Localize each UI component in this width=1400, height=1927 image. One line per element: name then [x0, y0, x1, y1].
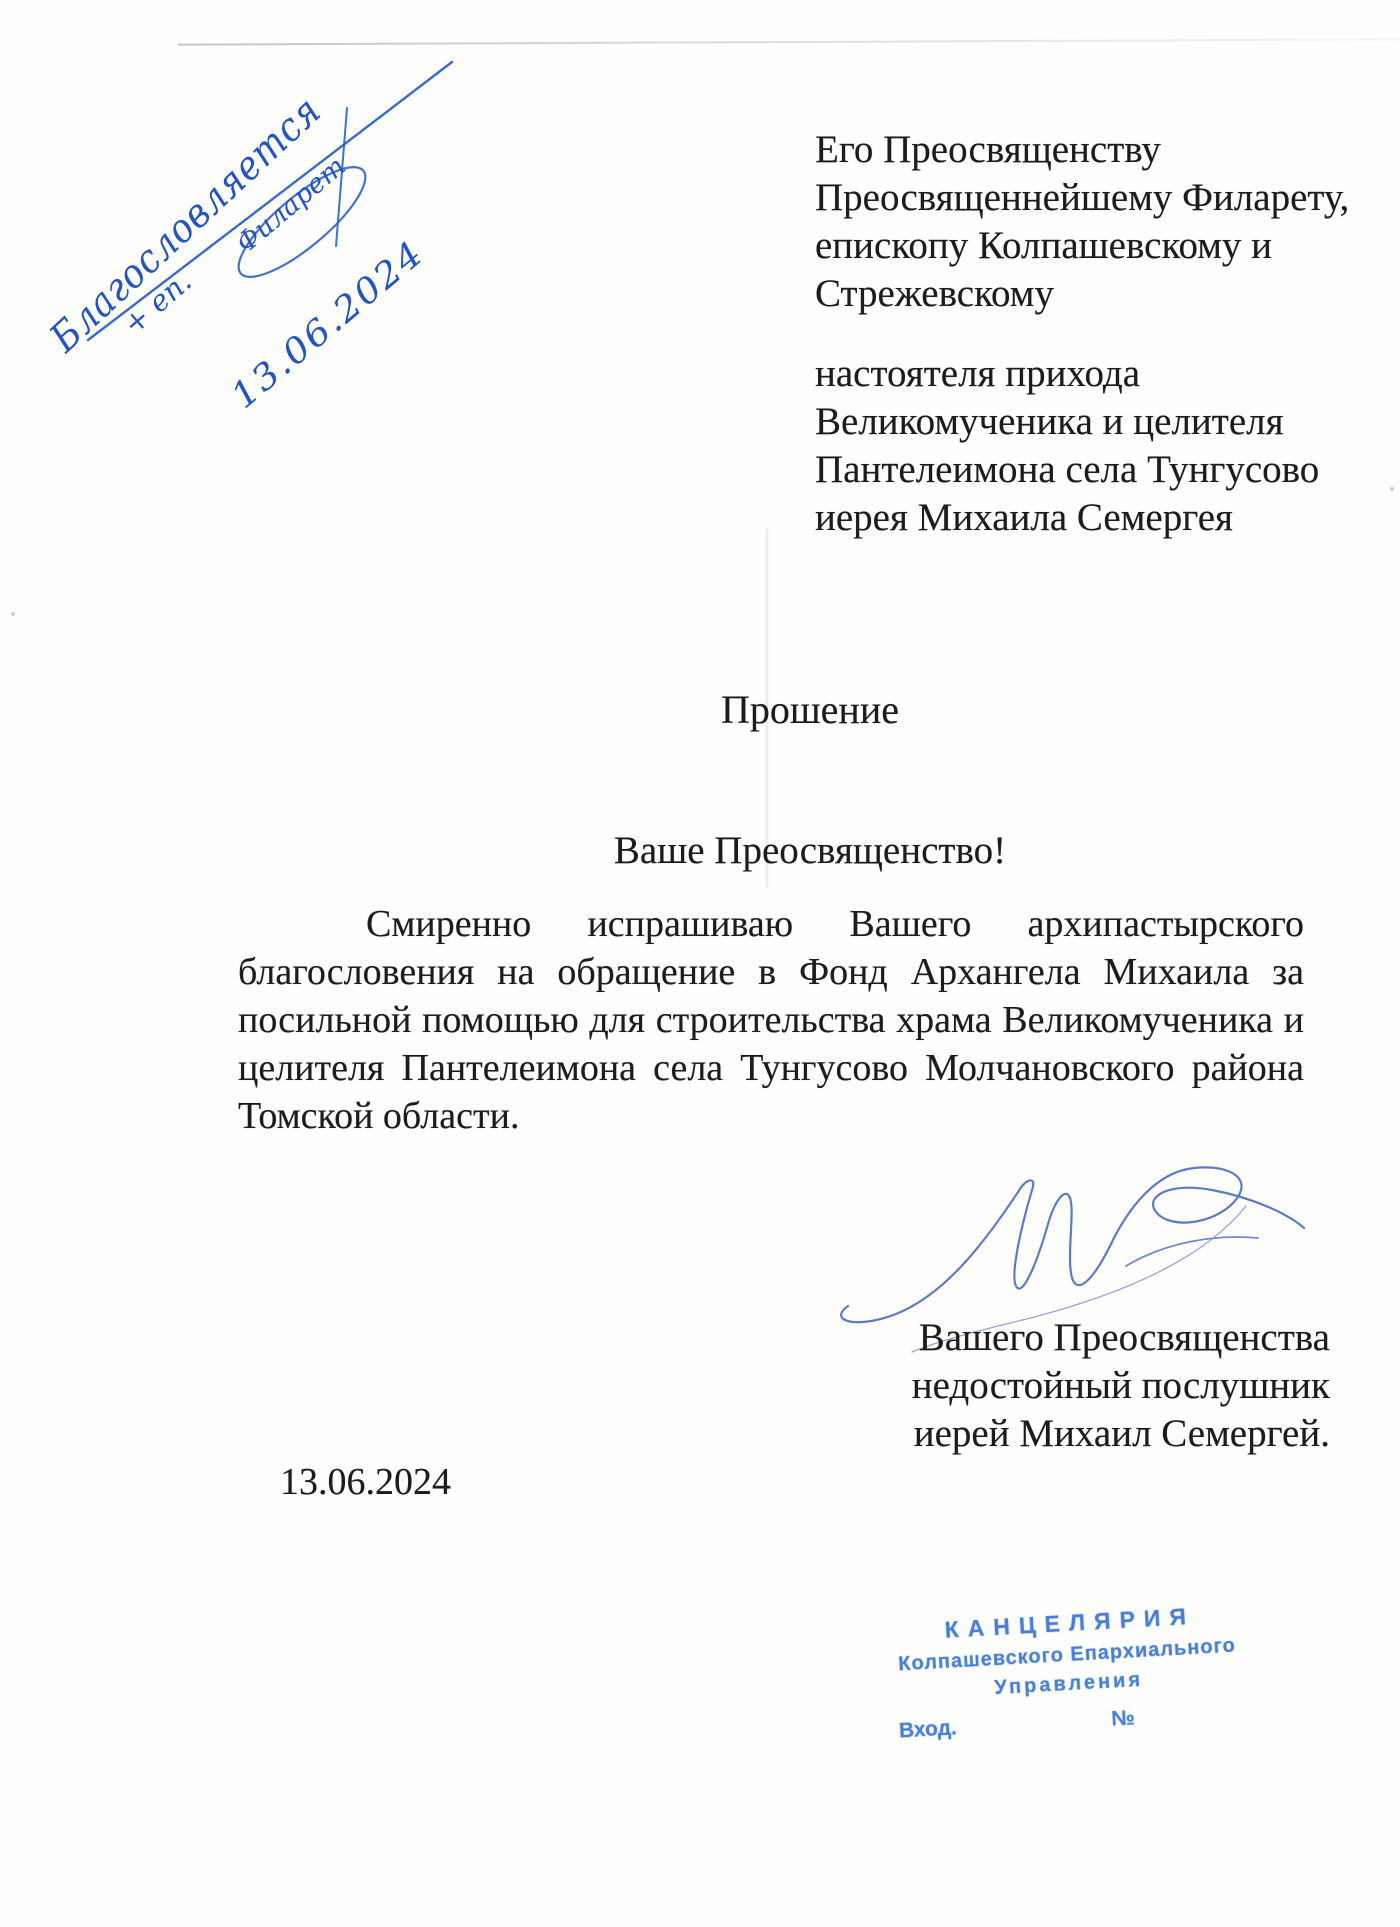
- body-line: целителя Пантелеимона села Тунгусово Мол…: [238, 1044, 1304, 1092]
- body-line: Томской области.: [238, 1092, 1304, 1140]
- recipient-block: Его Преосвященству Преосвященнейшему Фил…: [815, 126, 1349, 318]
- closing-line: недостойный послушник: [912, 1362, 1330, 1410]
- signature-stroke: [841, 1167, 1304, 1322]
- document-date: 13.06.2024: [280, 1460, 451, 1504]
- recipient-line: Стрежевскому: [815, 270, 1349, 318]
- stamp-registration-row: Вход. №: [898, 1700, 1243, 1743]
- closing-line: иерей Михаил Семергей.: [912, 1410, 1330, 1458]
- body-line: благословения на обращение в Фонд Арханг…: [238, 948, 1304, 996]
- body-line: посильной помощью для строительства храм…: [238, 996, 1304, 1044]
- handwritten-blessing-annotation: Благословляется Филарет + еп. 13.06.2024: [50, 22, 500, 437]
- sender-line: иерея Михаила Семергея: [815, 494, 1319, 542]
- blessing-date: 13.06.2024: [224, 233, 432, 417]
- closing-line: Вашего Преосвященства: [912, 1314, 1330, 1362]
- salutation: Ваше Преосвященство!: [240, 828, 1380, 873]
- sender-block: настоятеля прихода Великомученика и цели…: [815, 350, 1319, 542]
- scan-speck: [11, 612, 15, 616]
- recipient-line: Преосвященнейшему Филарету,: [815, 174, 1349, 222]
- chancery-stamp: КАНЦЕЛЯРИЯ Колпашевского Епархиального У…: [893, 1600, 1243, 1743]
- recipient-line: епископу Колпашевскому и: [815, 222, 1349, 270]
- body-line: Смиренно испрашиваю Вашего архипастырско…: [238, 900, 1304, 948]
- sender-line: Пантелеимона села Тунгусово: [815, 446, 1319, 494]
- recipient-line: Его Преосвященству: [815, 126, 1349, 174]
- petition-title: Прошение: [240, 686, 1380, 733]
- body-paragraph: Смиренно испрашиваю Вашего архипастырско…: [238, 900, 1304, 1140]
- sender-line: Великомученика и целителя: [815, 398, 1319, 446]
- sender-line: настоятеля прихода: [815, 350, 1319, 398]
- scanned-petition-page: Благословляется Филарет + еп. 13.06.2024…: [0, 0, 1400, 1927]
- scan-speck: [1390, 487, 1394, 491]
- closing-block: Вашего Преосвященства недостойный послуш…: [912, 1314, 1330, 1458]
- stamp-incoming-label: Вход.: [898, 1716, 957, 1743]
- signature-stroke: [1126, 1237, 1258, 1266]
- stamp-number-sign: №: [1111, 1706, 1136, 1731]
